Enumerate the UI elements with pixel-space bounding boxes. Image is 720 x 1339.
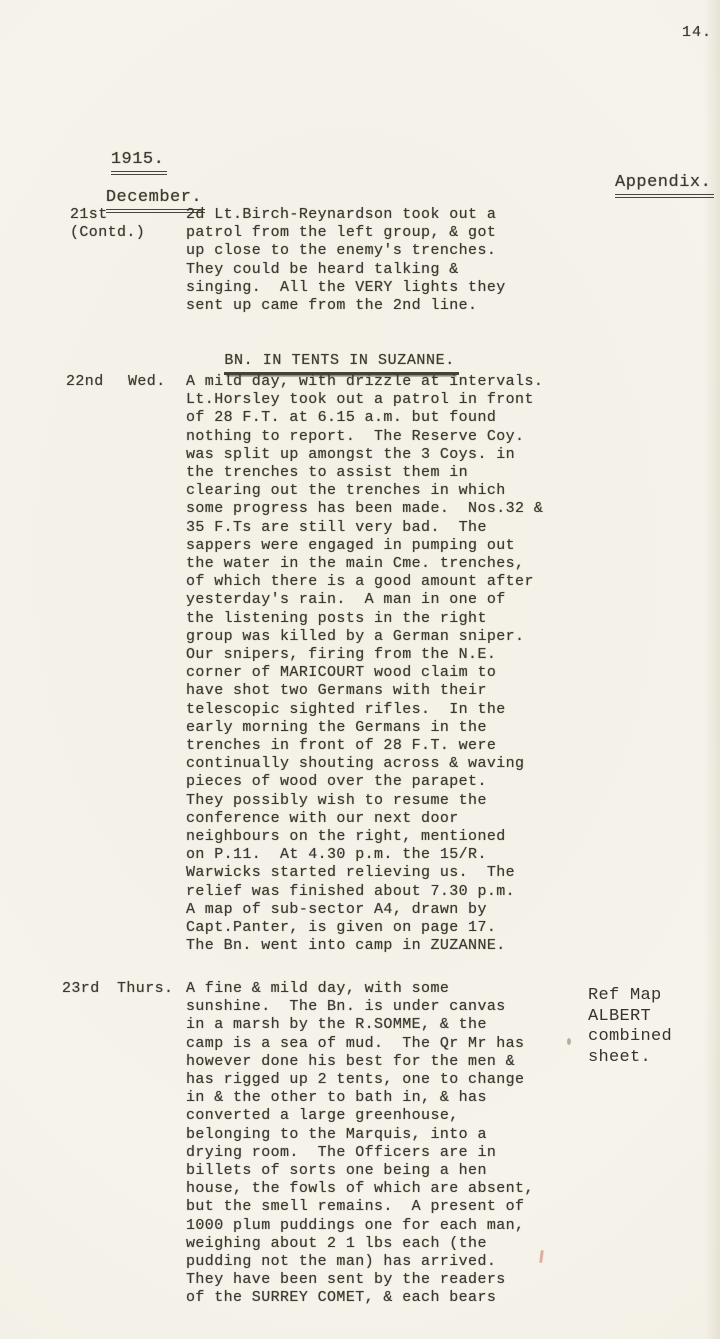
entry-22nd-body: A mild day, with drizzle at intervals. L… (186, 373, 576, 956)
entry-23rd-date: 23rd (62, 980, 100, 998)
paper-speck-dark (567, 1038, 571, 1045)
section-heading-text: BN. IN TENTS IN SUZANNE. (224, 352, 458, 375)
entry-22nd-date: 22nd (66, 373, 104, 391)
entry-23rd-day: Thurs. (117, 980, 173, 998)
appendix-heading: Appendix. (615, 133, 720, 218)
margin-note-ref-map: Ref Map ALBERT combined sheet. (588, 986, 708, 1068)
entry-23rd-body: A fine & mild day, with some sunshine. T… (186, 980, 576, 1308)
diary-page: 14. 1915. Appendix. December. 21st (Cont… (0, 0, 720, 1339)
entry-21st-body: 2d Lt.Birch-Reynardson took out a patrol… (186, 206, 576, 315)
entry-22nd-day: Wed. (128, 373, 166, 391)
page-number: 14. (682, 24, 712, 42)
entry-21st-date-label: 21st (Contd.) (70, 206, 145, 242)
appendix-heading-text: Appendix. (615, 173, 714, 198)
